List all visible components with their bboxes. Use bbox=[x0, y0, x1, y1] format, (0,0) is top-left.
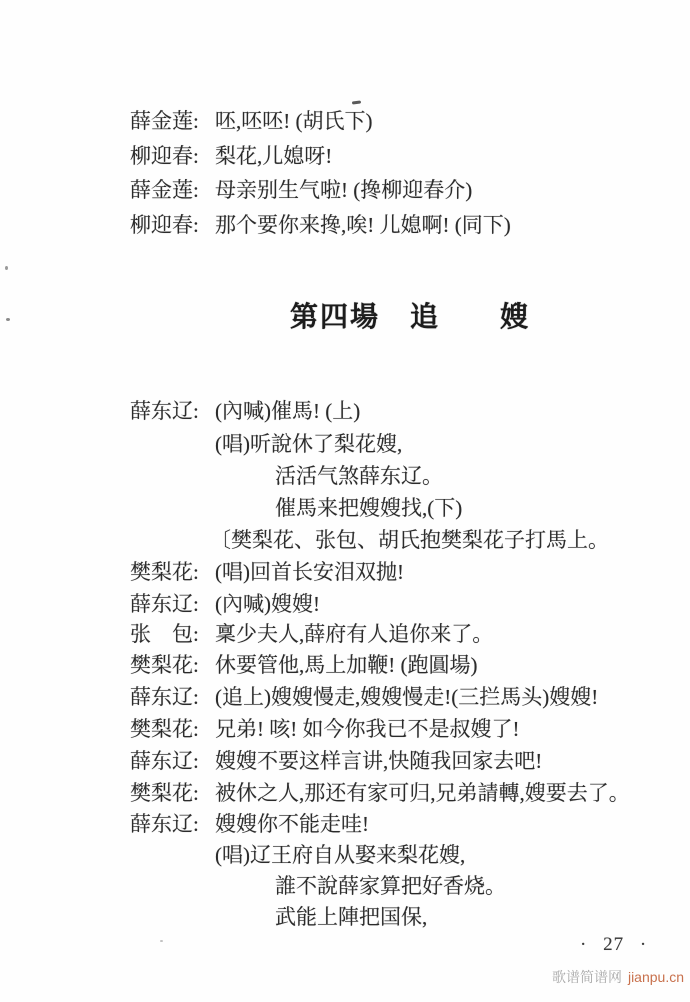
speaker-name: 薛东辽: bbox=[130, 591, 215, 617]
dialogue-text: (唱)回首长安泪双抛! bbox=[215, 560, 404, 584]
script-page: 薛金莲:呸,呸呸! (胡氏下) 柳迎春:梨花,儿媳呀! 薛金莲:母亲别生气啦! … bbox=[0, 0, 690, 1002]
sung-verse-text: 武能上陣把国保, bbox=[275, 905, 427, 929]
dialogue-text: 嫂嫂你不能走哇! bbox=[215, 812, 369, 836]
dialogue-text: (內喊)嫂嫂! bbox=[215, 592, 320, 616]
script-line: 誰不說薛家算把好香烧。 bbox=[275, 873, 506, 900]
speaker-name: 柳迎春: bbox=[130, 143, 215, 169]
watermark-site-url: jianpu.cn bbox=[628, 969, 684, 985]
script-line: 薛东辽:嫂嫂不要这样言讲,快随我回家去吧! bbox=[130, 748, 542, 775]
scan-speck bbox=[5, 266, 8, 270]
script-line: (唱)辽王府自从娶来梨花嫂, bbox=[215, 842, 465, 869]
script-line: 柳迎春:梨花,儿媳呀! bbox=[130, 143, 332, 170]
watermark: 歌谱简谱网jianpu.cn bbox=[552, 967, 684, 987]
speaker-name: 薛金莲: bbox=[130, 108, 215, 134]
scan-speck bbox=[352, 100, 361, 104]
script-line: 活活气煞薛东辽。 bbox=[275, 463, 443, 490]
speaker-name: 薛东辽: bbox=[130, 748, 215, 774]
script-line: 薛东辽:(內喊)嫂嫂! bbox=[130, 591, 320, 618]
dialogue-text: 稟少夫人,薛府有人追你来了。 bbox=[215, 622, 493, 646]
dialogue-text: 嫂嫂不要这样言讲,快随我回家去吧! bbox=[215, 749, 542, 773]
script-line: 樊梨花:兄弟! 咳! 如今你我已不是叔嫂了! bbox=[130, 716, 519, 743]
script-line: 樊梨花:休要管他,馬上加鞭! (跑圓場) bbox=[130, 652, 477, 679]
script-line: 樊梨花:被休之人,那还有家可归,兄弟請轉,嫂要去了。 bbox=[130, 780, 630, 807]
speaker-name: 樊梨花: bbox=[130, 559, 215, 585]
dialogue-text: 那个要你来搀,唉! 儿媳啊! (同下) bbox=[215, 213, 511, 237]
script-line: 武能上陣把国保, bbox=[275, 904, 427, 931]
script-line: 薛东辽:(內喊)催馬! (上) bbox=[130, 398, 360, 425]
sung-verse-text: 活活气煞薛东辽。 bbox=[275, 464, 443, 488]
watermark-site-name: 歌谱简谱网 bbox=[552, 969, 622, 985]
sung-verse-text: 誰不說薛家算把好香烧。 bbox=[275, 874, 506, 898]
speaker-name: 薛金莲: bbox=[130, 177, 215, 203]
page-number: · 27 · bbox=[580, 934, 647, 956]
stage-direction-text: 〔樊梨花、张包、胡氏抱樊梨花子打馬上。 bbox=[210, 528, 609, 552]
sung-verse-text: (唱)听說休了梨花嫂, bbox=[215, 432, 402, 456]
dialogue-text: 被休之人,那还有家可归,兄弟請轉,嫂要去了。 bbox=[215, 781, 630, 805]
speaker-name: 薛东辽: bbox=[130, 684, 215, 710]
speaker-name: 张 包: bbox=[130, 621, 215, 647]
stage-direction: 〔樊梨花、张包、胡氏抱樊梨花子打馬上。 bbox=[210, 527, 609, 554]
dialogue-text: 母亲别生气啦! (搀柳迎春介) bbox=[215, 178, 472, 202]
speaker-name: 薛东辽: bbox=[130, 398, 215, 424]
script-line: 薛东辽:嫂嫂你不能走哇! bbox=[130, 811, 369, 838]
scene-title: 第四場 追 嫂 bbox=[290, 295, 530, 335]
script-line: 张 包:稟少夫人,薛府有人追你来了。 bbox=[130, 621, 493, 648]
speaker-name: 樊梨花: bbox=[130, 780, 215, 806]
scan-speck bbox=[160, 940, 163, 942]
script-line: 薛金莲:母亲别生气啦! (搀柳迎春介) bbox=[130, 177, 472, 204]
dialogue-text: 梨花,儿媳呀! bbox=[215, 144, 332, 168]
dialogue-text: (內喊)催馬! (上) bbox=[215, 399, 360, 423]
sung-verse-text: (唱)辽王府自从娶来梨花嫂, bbox=[215, 843, 465, 867]
dialogue-text: 呸,呸呸! (胡氏下) bbox=[215, 109, 372, 133]
script-line: (唱)听說休了梨花嫂, bbox=[215, 431, 402, 458]
speaker-name: 樊梨花: bbox=[130, 652, 215, 678]
dialogue-text: 休要管他,馬上加鞭! (跑圓場) bbox=[215, 653, 477, 677]
script-line: 柳迎春:那个要你来搀,唉! 儿媳啊! (同下) bbox=[130, 212, 511, 239]
script-line: 樊梨花:(唱)回首长安泪双抛! bbox=[130, 559, 404, 586]
speaker-name: 樊梨花: bbox=[130, 716, 215, 742]
speaker-name: 薛东辽: bbox=[130, 811, 215, 837]
dialogue-text: (追上)嫂嫂慢走,嫂嫂慢走!(三拦馬头)嫂嫂! bbox=[215, 685, 598, 709]
script-line: 薛东辽:(追上)嫂嫂慢走,嫂嫂慢走!(三拦馬头)嫂嫂! bbox=[130, 684, 598, 711]
sung-verse-text: 催馬来把嫂嫂找,(下) bbox=[275, 496, 462, 520]
dialogue-text: 兄弟! 咳! 如今你我已不是叔嫂了! bbox=[215, 717, 519, 741]
script-line: 薛金莲:呸,呸呸! (胡氏下) bbox=[130, 108, 372, 135]
speaker-name: 柳迎春: bbox=[130, 212, 215, 238]
script-line: 催馬来把嫂嫂找,(下) bbox=[275, 495, 462, 522]
scan-speck bbox=[6, 318, 10, 321]
